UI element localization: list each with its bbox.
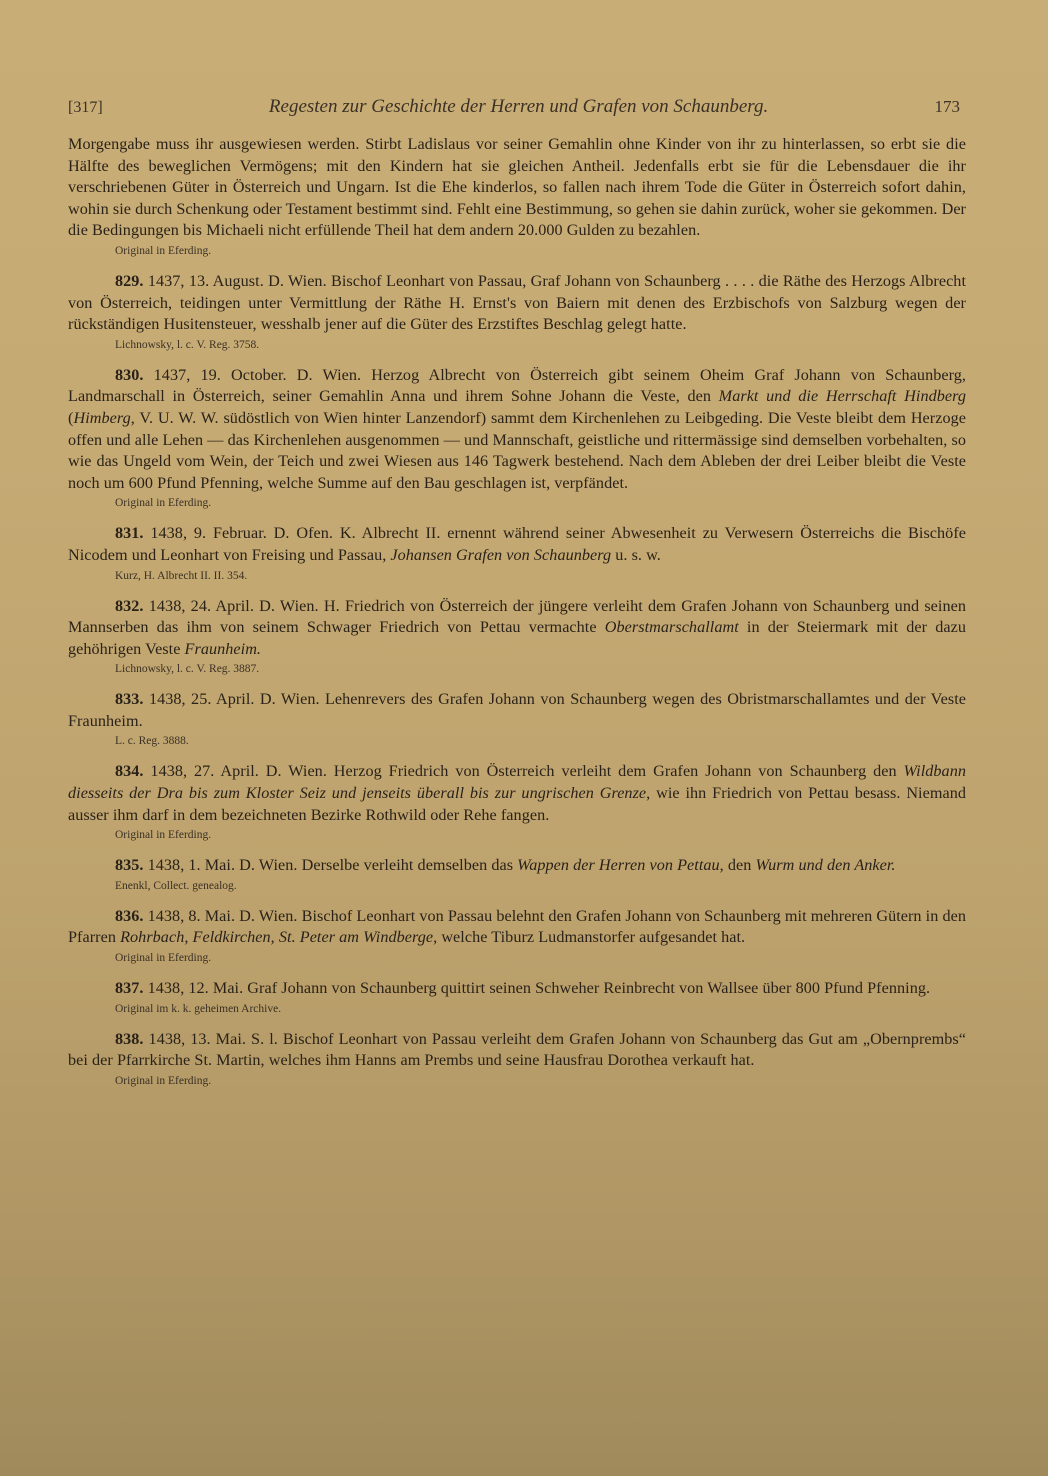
entry-number: 829. — [115, 272, 144, 290]
regest-entry: 837. 1438, 12. Mai. Graf Johann von Scha… — [68, 978, 966, 1000]
regest-entry: 835. 1438, 1. Mai. D. Wien. Derselbe ver… — [68, 855, 966, 877]
entry-source: Lichnowsky, l. c. V. Reg. 3758. — [115, 337, 966, 354]
entry-text: , welche Tiburz Ludmanstorfer aufgesande… — [433, 928, 745, 946]
entry-number: 831. — [115, 524, 144, 542]
entry-number: 835. — [115, 856, 144, 874]
regest-entry: 833. 1438, 25. April. D. Wien. Lehenreve… — [68, 689, 966, 732]
entry-number: 837. — [115, 979, 144, 997]
italic-text: Oberstmarschallamt — [605, 618, 739, 636]
italic-text: Wurm und den Anker. — [756, 856, 896, 874]
running-header: [317] Regesten zur Geschichte der Herren… — [68, 96, 966, 126]
italic-text: Fraunheim. — [185, 640, 261, 658]
entry-source: L. c. Reg. 3888. — [115, 733, 966, 750]
regest-entry: 831. 1438, 9. Februar. D. Ofen. K. Albre… — [68, 523, 966, 566]
entry-source: Kurz, H. Albrecht II. II. 354. — [115, 568, 966, 585]
entry-number: 834. — [115, 762, 144, 780]
running-title: Regesten zur Geschichte der Herren und G… — [269, 96, 768, 118]
page-marker: [317] — [68, 99, 103, 117]
regest-entry: 830. 1437, 19. October. D. Wien. Herzog … — [68, 365, 966, 495]
entry-source: Original im k. k. geheimen Archive. — [115, 1001, 966, 1018]
italic-text: Rohrbach, Feldkirchen, St. Peter am Wind… — [120, 928, 433, 946]
entry-text: 1438, 12. Mai. Graf Johann von Schaunber… — [144, 979, 931, 997]
regesten-entries: 829. 1437, 13. August. D. Wien. Bischof … — [68, 271, 966, 1090]
entry-source: Original in Eferding. — [115, 1073, 966, 1090]
continuation-source: Original in Eferding. — [115, 243, 966, 260]
entry-number: 833. — [115, 690, 144, 708]
entry-number: 836. — [115, 907, 144, 925]
italic-text: Johansen Grafen von Schaunberg — [390, 546, 611, 564]
italic-text: Himberg — [73, 409, 130, 427]
entry-text: , den — [720, 856, 756, 874]
regest-entry: 836. 1438, 8. Mai. D. Wien. Bischof Leon… — [68, 906, 966, 949]
book-page: [317] Regesten zur Geschichte der Herren… — [68, 96, 966, 1101]
entry-source: Original in Eferding. — [115, 495, 966, 512]
entry-number: 830. — [115, 366, 144, 384]
italic-text: Wappen der Herren von Pettau — [517, 856, 720, 874]
entry-text: u. s. w. — [611, 546, 661, 564]
italic-text: Markt und die Herrschaft Hindberg — [719, 387, 966, 405]
entry-source: Enenkl, Collect. genealog. — [115, 878, 966, 895]
entry-text: 1438, 27. April. D. Wien. Herzog Friedri… — [144, 762, 904, 780]
entry-text: 1437, 13. August. D. Wien. Bischof Leonh… — [68, 272, 966, 333]
regest-entry: 832. 1438, 24. April. D. Wien. H. Friedr… — [68, 596, 966, 661]
entry-number: 838. — [115, 1030, 144, 1048]
page-number: 173 — [935, 97, 961, 117]
entry-source: Original in Eferding. — [115, 827, 966, 844]
entry-text: 1438, 13. Mai. S. l. Bischof Leonhart vo… — [68, 1030, 966, 1070]
entry-text: 1438, 1. Mai. D. Wien. Derselbe verleiht… — [144, 856, 518, 874]
entry-text: 1438, 25. April. D. Wien. Lehenrevers de… — [68, 690, 966, 730]
entry-number: 832. — [115, 597, 144, 615]
regest-entry: 829. 1437, 13. August. D. Wien. Bischof … — [68, 271, 966, 336]
entry-text: , V. U. W. W. südöstlich von Wien hinter… — [68, 409, 966, 492]
entry-source: Lichnowsky, l. c. V. Reg. 3887. — [115, 661, 966, 678]
continuation-paragraph: Morgengabe muss ihr ausgewiesen werden. … — [68, 134, 966, 242]
regest-entry: 834. 1438, 27. April. D. Wien. Herzog Fr… — [68, 761, 966, 826]
entry-source: Original in Eferding. — [115, 950, 966, 967]
regest-entry: 838. 1438, 13. Mai. S. l. Bischof Leonha… — [68, 1029, 966, 1072]
